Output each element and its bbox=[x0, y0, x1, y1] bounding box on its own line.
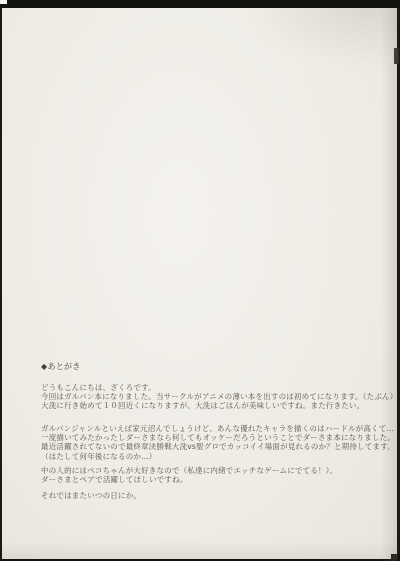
text-line: 中の人的にはペコちゃんが大好きなので（私達に内緒でエッチなゲームにでてる！）、 bbox=[41, 466, 337, 475]
scan-shading-top-right bbox=[247, 8, 397, 68]
scan-border-left bbox=[0, 8, 2, 561]
scan-artifact-right-edge bbox=[394, 48, 399, 64]
scan-artifact-bottom-right-corner bbox=[391, 554, 400, 561]
text-line: （はたして何年後になるのか…） bbox=[41, 452, 395, 461]
scan-border-top bbox=[0, 0, 400, 8]
text-line: ダーさまとペアで活躍してほしいですね。 bbox=[41, 475, 337, 484]
afterword-paragraph-1: どうもこんにちは、ざくろです。 今回はガルパン本になりました。当サークルがアニメ… bbox=[41, 383, 397, 411]
text-line: 大洗に行き始めて１０回近くになりますが、大洗はごはんが美味しいですね。また行きた… bbox=[41, 401, 397, 410]
text-line: 最近活躍されてないので最終章決勝戦大洗vs聖グロでカッコイイ場面が見れるのか？と… bbox=[41, 442, 395, 451]
afterword-closing-line: それではまたいつの日にか。 bbox=[41, 491, 141, 500]
scan-shading-bottom bbox=[2, 541, 398, 559]
text-line: どうもこんにちは、ざくろです。 bbox=[41, 383, 397, 392]
afterword-paragraph-3: 中の人的にはペコちゃんが大好きなので（私達に内緒でエッチなゲームにでてる！）、 … bbox=[41, 466, 337, 484]
scanned-afterword-page: ◆あとがき どうもこんにちは、ざくろです。 今回はガルパン本になりました。当サー… bbox=[0, 0, 400, 561]
scan-shading-right bbox=[381, 8, 397, 561]
scan-notch-top-left bbox=[0, 0, 7, 4]
text-line: ガルパンジャンルといえば家元沼んでしょうけど、あんな優れたキャラを描くのはハード… bbox=[41, 424, 395, 433]
afterword-paragraph-2: ガルパンジャンルといえば家元沼んでしょうけど、あんな優れたキャラを描くのはハード… bbox=[41, 424, 395, 461]
text-line: それではまたいつの日にか。 bbox=[41, 491, 141, 500]
afterword-heading: ◆あとがき bbox=[41, 362, 81, 371]
